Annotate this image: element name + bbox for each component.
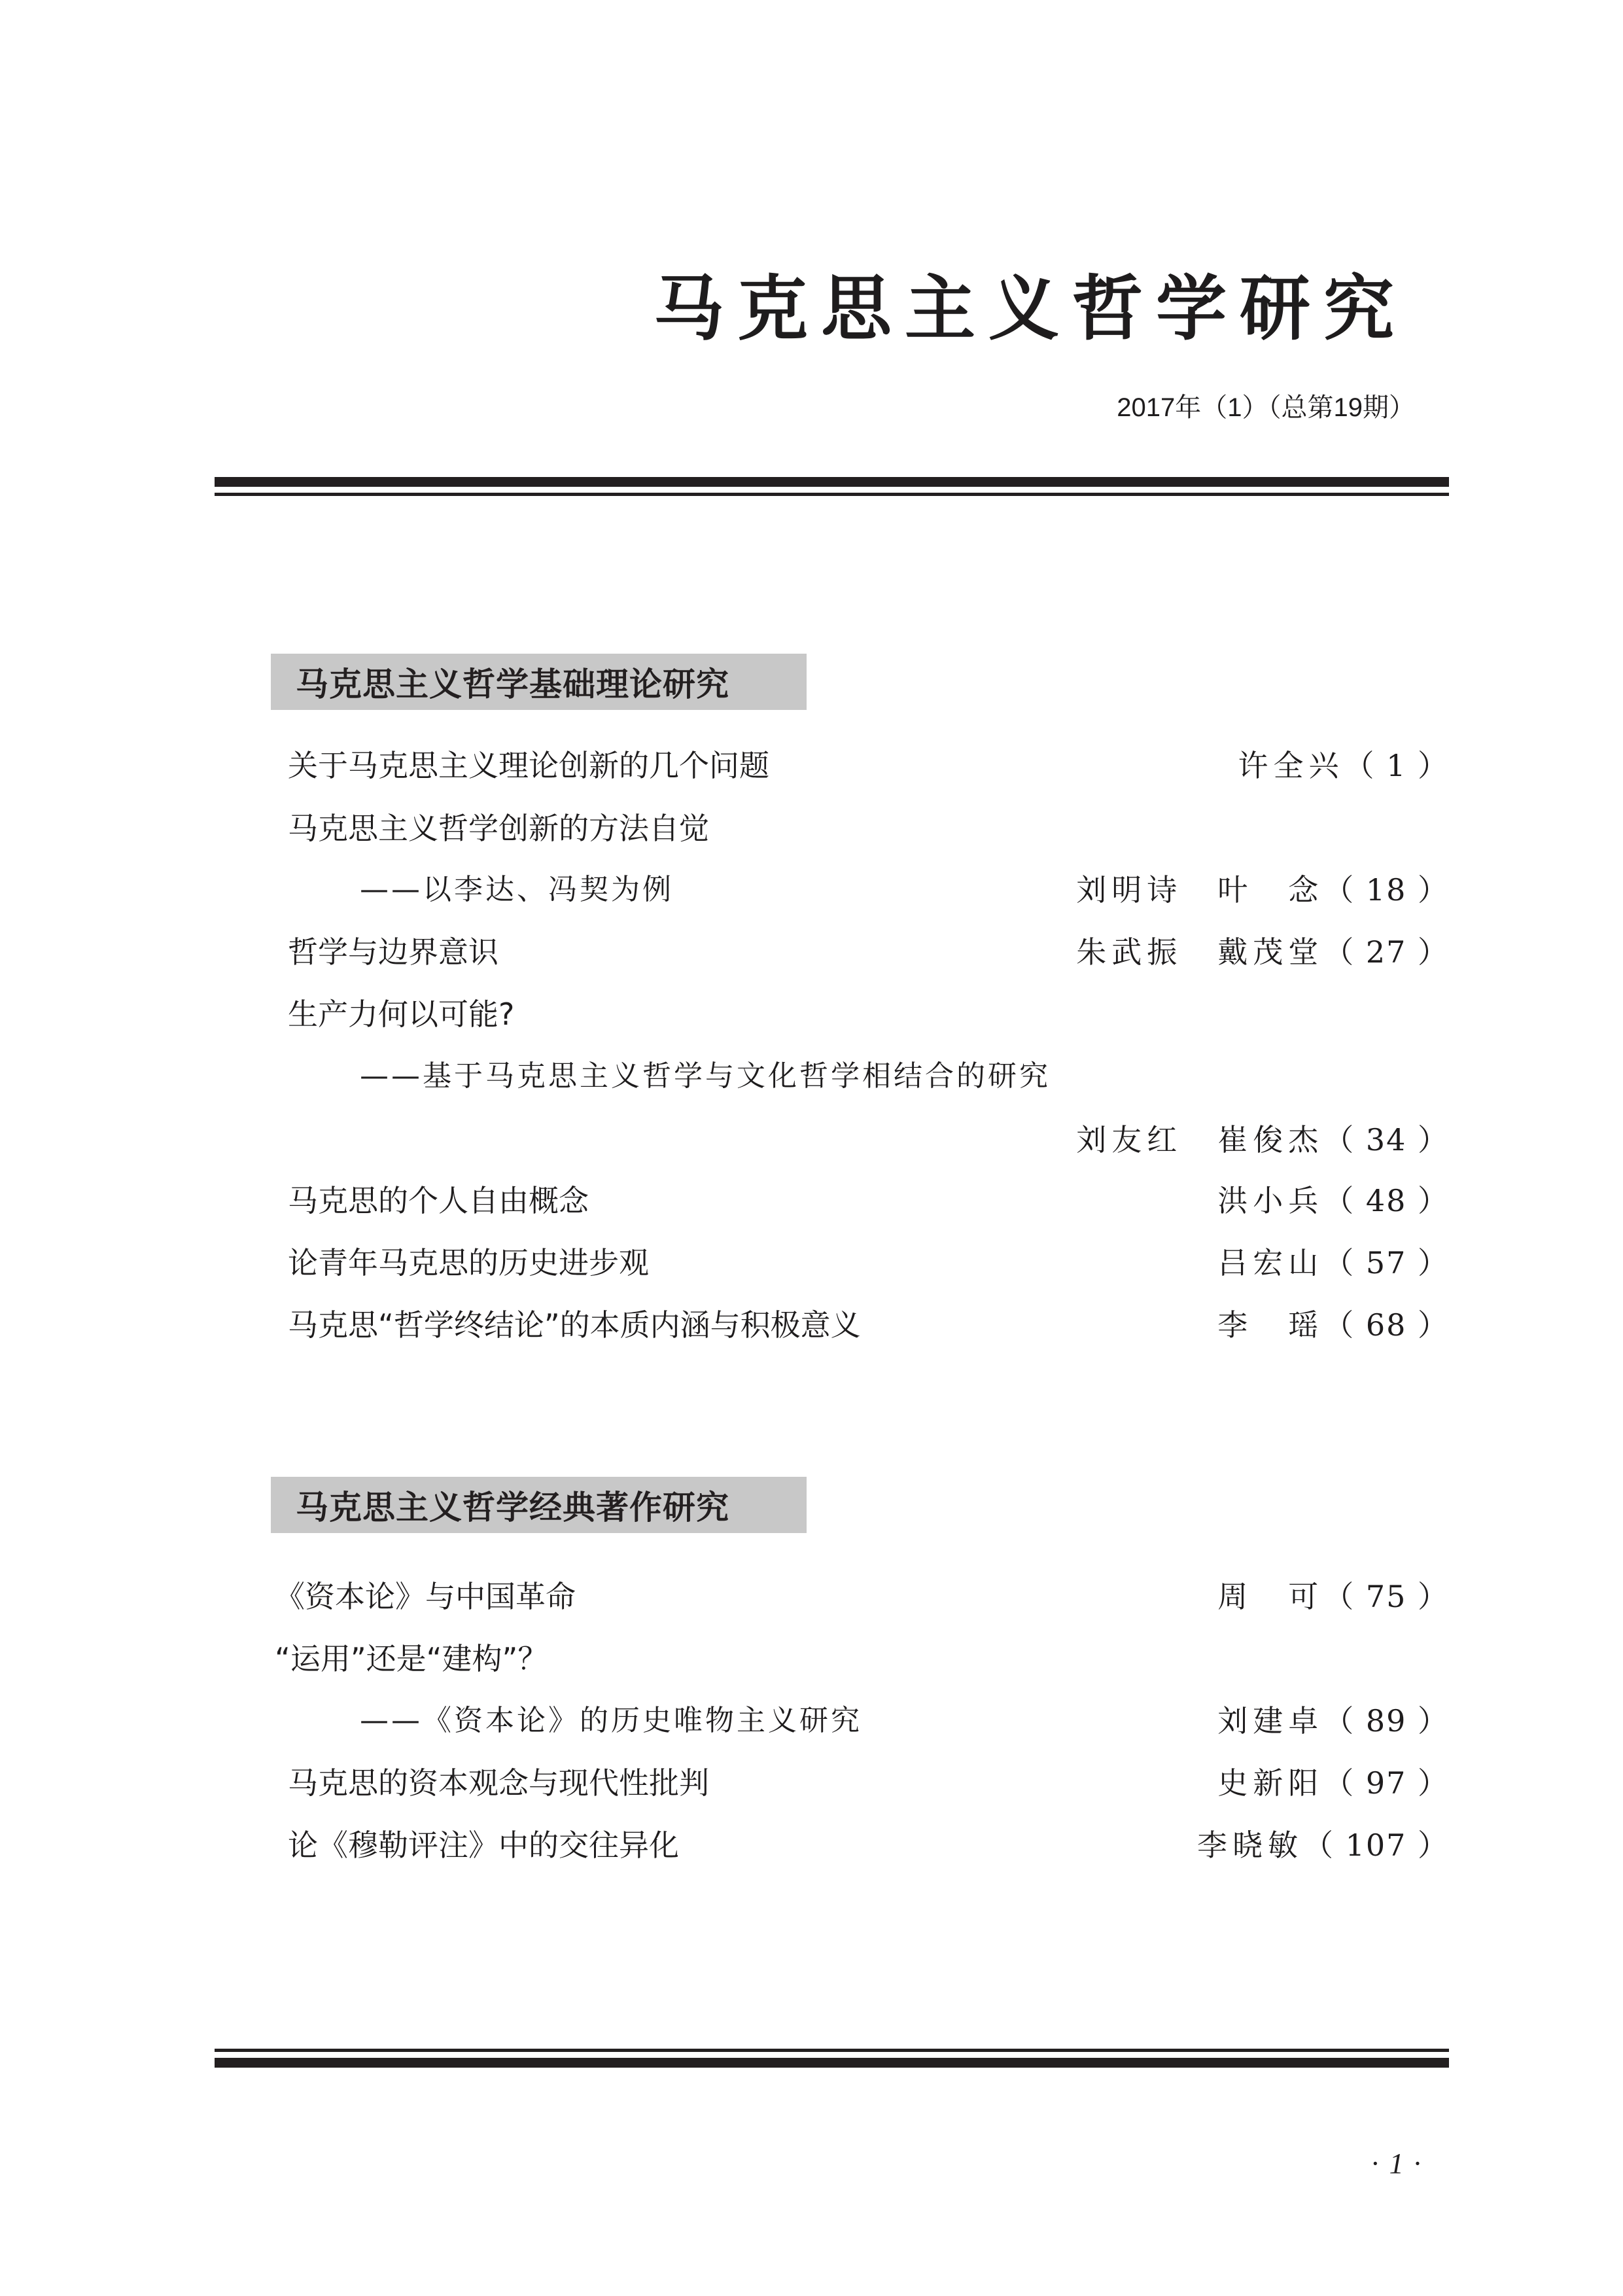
top-rule-thick [215,477,1449,487]
entry-page: （ 48 ） [1323,1183,1449,1218]
toc-entry[interactable]: 生产力何以可能? [0,995,1623,1034]
entry-authors: 刘建卓 [1217,1703,1323,1739]
entry-title[interactable]: 马克思的个人自由概念 [288,1181,589,1220]
entry-authors: 周 可 [1217,1579,1323,1614]
entry-title[interactable]: “运用”还是“建构”？ [275,1639,548,1678]
entry-byline: 刘友红 崔俊杰（ 34 ） [1076,1120,1449,1159]
toc-entry[interactable]: 《资本论》与中国革命 周 可（ 75 ） [0,1577,1623,1616]
entry-authors: 吕宏山 [1217,1245,1323,1280]
entry-authors: 朱武振 戴茂堂 [1076,934,1323,970]
entry-authors: 刘友红 崔俊杰 [1076,1122,1323,1157]
top-rule-thin [215,493,1449,496]
entry-byline: 李晓敏（ 107 ） [1197,1826,1449,1865]
entry-title[interactable]: 论青年马克思的历史进步观 [288,1243,649,1282]
section-heading-box: 马克思主义哲学经典著作研究 [271,1477,807,1533]
page-number-dot-right: · [1413,2147,1423,2180]
entry-page: （ 68 ） [1323,1307,1449,1343]
entry-page: （ 27 ） [1323,934,1449,970]
section-heading: 马克思主义哲学基础理论研究 [271,658,729,705]
entry-title[interactable]: 关于马克思主义理论创新的几个问题 [288,746,769,785]
entry-authors: 洪小兵 [1217,1183,1323,1218]
entry-title[interactable]: 《资本论》与中国革命 [275,1577,576,1616]
entry-title[interactable]: 论《穆勒评注》中的交往异化 [288,1826,679,1865]
bottom-rule-thick [215,2058,1449,2068]
toc-entry[interactable]: “运用”还是“建构”？ [0,1639,1623,1678]
entry-authors: 刘明诗 叶 念 [1076,872,1323,908]
entry-title[interactable]: 马克思的资本观念与现代性批判 [288,1763,709,1803]
entry-page: （ 107 ） [1303,1828,1449,1863]
section-heading-box: 马克思主义哲学基础理论研究 [271,654,807,710]
toc-entry-subline[interactable]: ——以李达、冯契为例 刘明诗 叶 念（ 18 ） [0,870,1623,910]
entry-byline: 许全兴（ 1 ） [1238,746,1449,785]
entry-authors: 史新阳 [1217,1765,1323,1801]
entry-page: （ 1 ） [1344,748,1449,783]
entry-title[interactable]: 哲学与边界意识 [288,932,498,972]
entry-authors: 李晓敏 [1197,1828,1303,1863]
entry-byline: 史新阳（ 97 ） [1217,1763,1449,1803]
toc-entry[interactable]: 论青年马克思的历史进步观 吕宏山（ 57 ） [0,1243,1623,1282]
section-heading: 马克思主义哲学经典著作研究 [271,1481,729,1528]
entry-byline: 朱武振 戴茂堂（ 27 ） [1076,932,1449,972]
entry-byline: 刘明诗 叶 念（ 18 ） [1076,870,1449,910]
toc-entry[interactable]: 马克思的个人自由概念 洪小兵（ 48 ） [0,1181,1623,1220]
toc-entry[interactable]: 关于马克思主义理论创新的几个问题 许全兴（ 1 ） [0,746,1623,785]
toc-entry[interactable]: 马克思主义哲学创新的方法自觉 [0,809,1623,848]
page-number-dot-left: · [1370,2147,1380,2180]
entry-byline: 周 可（ 75 ） [1217,1577,1449,1616]
toc-entry-byline: 刘友红 崔俊杰（ 34 ） [0,1120,1623,1159]
entry-page: （ 75 ） [1323,1579,1449,1614]
entry-page: （ 57 ） [1323,1245,1449,1280]
toc-entry[interactable]: 马克思“哲学终结论”的本质内涵与积极意义 李 瑶（ 68 ） [0,1305,1623,1345]
journal-title: 马克思主义哲学研究 [654,274,1407,344]
bottom-rule-thin [215,2049,1449,2052]
entry-byline: 李 瑶（ 68 ） [1217,1305,1449,1345]
toc-entry-subline[interactable]: ——《资本论》的历史唯物主义研究 刘建卓（ 89 ） [0,1701,1623,1740]
entry-page: （ 89 ） [1323,1703,1449,1739]
entry-authors: 许全兴 [1238,748,1344,783]
toc-entry-subline[interactable]: ——基于马克思主义哲学与文化哲学相结合的研究 [0,1057,1623,1096]
entry-byline: 吕宏山（ 57 ） [1217,1243,1449,1282]
entry-page: （ 97 ） [1323,1765,1449,1801]
entry-subtitle[interactable]: ——以李达、冯契为例 [360,870,674,910]
entry-subtitle[interactable]: ——《资本论》的历史唯物主义研究 [360,1701,862,1740]
page-number: ·1· [1370,2149,1422,2178]
entry-title[interactable]: 马克思主义哲学创新的方法自觉 [288,809,709,848]
toc-entry[interactable]: 论《穆勒评注》中的交往异化 李晓敏（ 107 ） [0,1826,1623,1865]
entry-authors: 李 瑶 [1217,1307,1323,1343]
entry-subtitle[interactable]: ——基于马克思主义哲学与文化哲学相结合的研究 [360,1057,1051,1096]
entry-page: （ 34 ） [1323,1122,1449,1157]
entry-byline: 洪小兵（ 48 ） [1217,1181,1449,1220]
toc-entry[interactable]: 马克思的资本观念与现代性批判 史新阳（ 97 ） [0,1763,1623,1803]
issue-number: 2017年（1）（总第19期） [1117,395,1415,421]
entry-page: （ 18 ） [1323,872,1449,908]
entry-title[interactable]: 生产力何以可能? [288,995,514,1034]
entry-title[interactable]: 马克思“哲学终结论”的本质内涵与积极意义 [288,1305,861,1345]
toc-entry[interactable]: 哲学与边界意识 朱武振 戴茂堂（ 27 ） [0,932,1623,972]
entry-byline: 刘建卓（ 89 ） [1217,1701,1449,1740]
page-number-value: 1 [1380,2147,1413,2180]
